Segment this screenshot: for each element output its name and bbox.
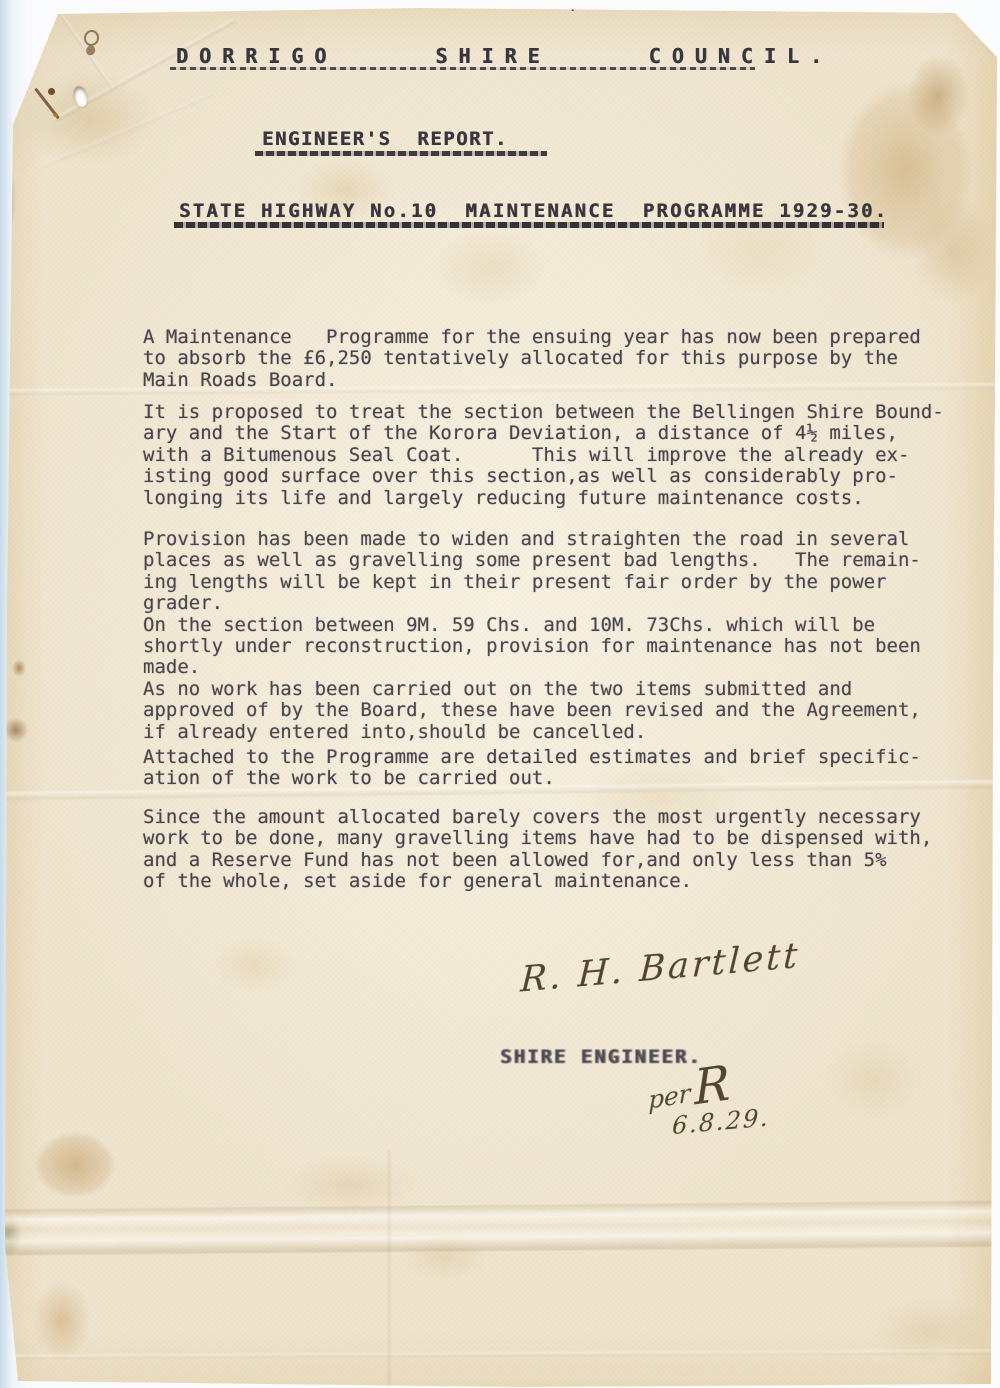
corner-crease-line	[41, 93, 212, 168]
paragraph-provisions: Provision has been made to widen and str…	[143, 529, 973, 743]
pencil-scribble	[82, 28, 101, 48]
edge-ink-mark	[572, 0, 575, 11]
report-heading: ENGINEER'S REPORT.	[262, 128, 508, 150]
subject-heading: STATE HIGHWAY No.10 MAINTENANCE PROGRAMM…	[179, 200, 888, 222]
paragraph-seal-coat: It is proposed to treat the section betw…	[143, 402, 973, 509]
paper-sheet: DORRIGO SHIRE COUNCIL. ENGINEER'S REPORT…	[0, 0, 1000, 1388]
subject-heading-underline	[174, 222, 884, 228]
corner-fold-shading	[0, 0, 160, 170]
rusty-pin-tip	[53, 113, 58, 117]
handwritten-signature: R. H. Bartlett	[519, 936, 801, 1001]
per-annotation: per	[648, 1078, 690, 1115]
paragraph-funding: Since the amount allocated barely covers…	[143, 807, 973, 893]
horizontal-crease	[0, 1349, 1000, 1359]
handwritten-date: 6.8.29.	[671, 1104, 770, 1141]
report-heading-underline	[255, 151, 547, 156]
council-title: DORRIGO SHIRE COUNCIL.	[176, 44, 833, 68]
corner-crease-line	[59, 13, 114, 90]
vertical-crease	[386, 1150, 392, 1388]
paragraph-attachments: Attached to the Programme are detailed e…	[143, 747, 973, 790]
punch-hole	[72, 85, 90, 109]
main-fold-line	[0, 1201, 1000, 1256]
paragraph-allocation: A Maintenance Programme for the ensuing …	[143, 327, 973, 391]
scanned-document-page: DORRIGO SHIRE COUNCIL. ENGINEER'S REPORT…	[0, 0, 1000, 1388]
signatory-title: SHIRE ENGINEER.	[500, 1046, 702, 1068]
rusty-pin-head	[48, 88, 55, 95]
